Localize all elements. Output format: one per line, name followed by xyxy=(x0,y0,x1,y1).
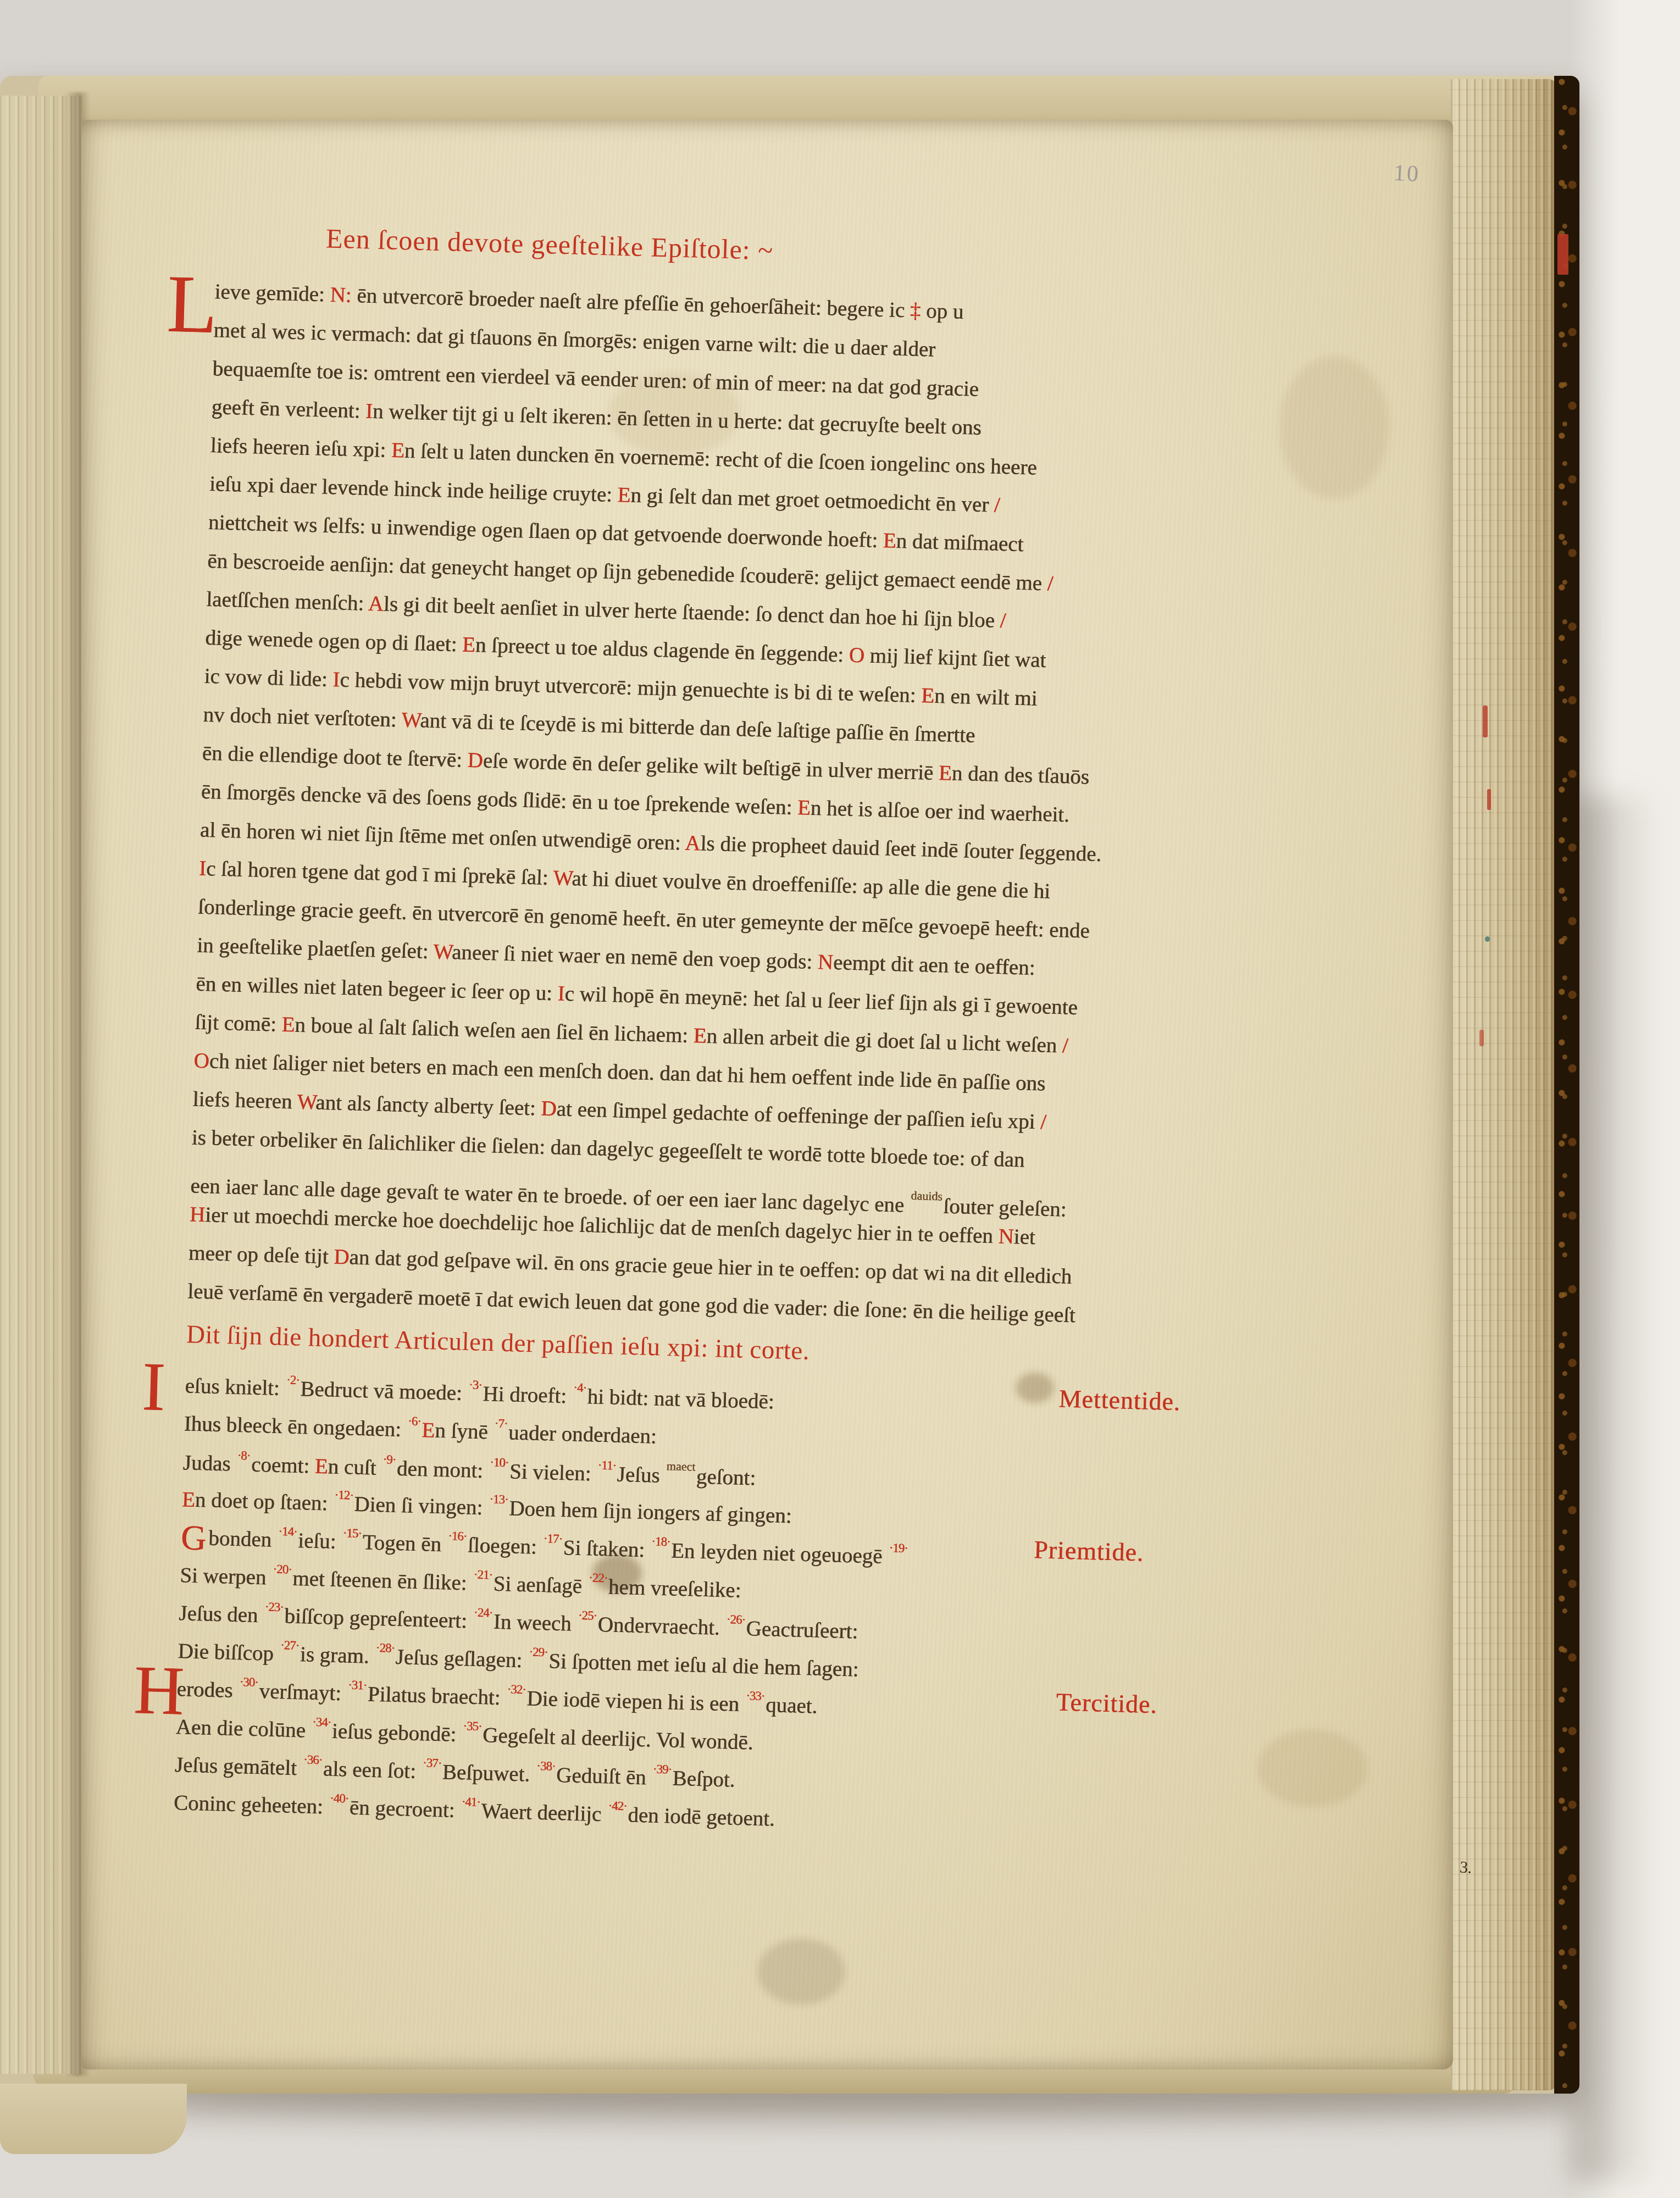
margin-label-priemtide: Priemtide. xyxy=(1033,1530,1144,1571)
manuscript-book: 3. 10 Een ſcoen devote geeſtelike Epiſto… xyxy=(0,76,1579,2094)
folio-number: 10 xyxy=(1393,160,1421,187)
red-ink-bleed xyxy=(1479,1030,1484,1046)
chapter-title: Een ſcoen devote geeſtelike Epiſtole: ~ xyxy=(325,223,1447,288)
red-ink-bleed xyxy=(1487,789,1491,810)
parchment-stain xyxy=(757,1939,845,2005)
photo-background: 3. 10 Een ſcoen devote geeſtelike Epiſto… xyxy=(0,0,1680,2198)
margin-label-mettentide: Mettentide. xyxy=(1058,1379,1182,1420)
edge-mark: 3. xyxy=(1459,1858,1473,1877)
paragraph-lines: L ieve gemīde: N: ēn utvercorē broeder n… xyxy=(187,273,1445,1344)
leather-binding xyxy=(1554,76,1579,2094)
page-corner-wedge xyxy=(0,2084,187,2154)
drop-initial: I xyxy=(141,1352,166,1422)
red-ink-bleed xyxy=(1483,706,1488,737)
page-block-top-edge xyxy=(38,76,1572,126)
manuscript-page: 10 Een ſcoen devote geeſtelike Epiſtole:… xyxy=(81,120,1453,2069)
red-ink-bleed xyxy=(1557,234,1568,275)
teal-ink-bleed xyxy=(1485,936,1490,942)
margin-label-tercitide: Tercitide. xyxy=(1056,1683,1158,1723)
right-page-stack-edge: 3. xyxy=(1451,79,1556,2090)
articles-list: Ieſus knielt: ·2·Bedruct vā moede: ·3·Hi… xyxy=(174,1358,1417,1846)
book-shadow xyxy=(1573,797,1655,2182)
page-content: Een ſcoen devote geeſtelike Epiſtole: ~ … xyxy=(174,220,1448,1846)
drop-initial-L: L xyxy=(166,263,219,346)
